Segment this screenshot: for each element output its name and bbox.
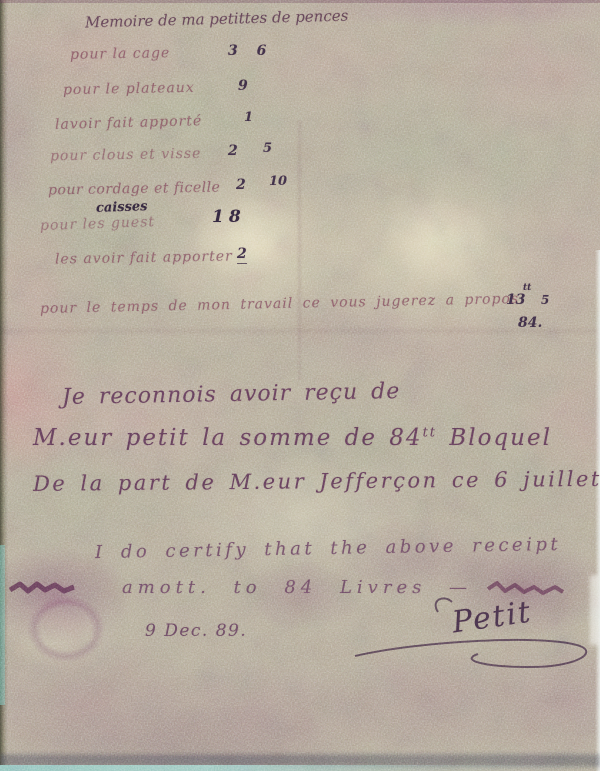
- memo-label: pour la cage: [70, 45, 171, 63]
- receipt-line-2-name: Bloquel: [437, 425, 552, 451]
- receipt-line-2-text: M.eur petit la somme de 84: [33, 425, 423, 451]
- memo-value: 2: [237, 246, 247, 264]
- memo-value: 9: [238, 78, 248, 94]
- certification-date: 9 Dec. 89.: [145, 621, 247, 641]
- receipt-line-2: M.eur petit la somme de 84tt Bloquel: [33, 425, 552, 451]
- memo-value: 2: [236, 177, 246, 193]
- manuscript-scan: Memoire de ma petittes de pences pour la…: [0, 0, 600, 771]
- memo-label: les avoir fait apporter: [55, 248, 233, 267]
- receipt-line-3: De la part de M.eur Jefferçon ce 6 juill…: [33, 466, 600, 496]
- memo-value: 2: [228, 143, 238, 159]
- memo-label: pour clous et visse: [50, 146, 202, 165]
- livres-superscript: tt: [423, 425, 437, 440]
- memo-value-2: 5: [263, 141, 272, 156]
- certification-line-2: amott. to 84 Livres —: [122, 577, 472, 598]
- memo-value: 18: [212, 207, 246, 227]
- memo-value-2: 10: [269, 174, 287, 189]
- memo-label: pour le plateaux: [63, 80, 195, 98]
- memo-value: 1: [244, 110, 253, 125]
- labor-amount-sup: tt: [523, 283, 531, 293]
- labor-amount: 13: [506, 292, 525, 308]
- memo-label: pour cordage et ficelle: [48, 179, 221, 198]
- memo-value: 3 6: [228, 43, 273, 59]
- memo-correction: caisses: [96, 199, 148, 216]
- labor-amount-2: 5: [541, 293, 549, 307]
- labor-total: 84.: [518, 315, 542, 331]
